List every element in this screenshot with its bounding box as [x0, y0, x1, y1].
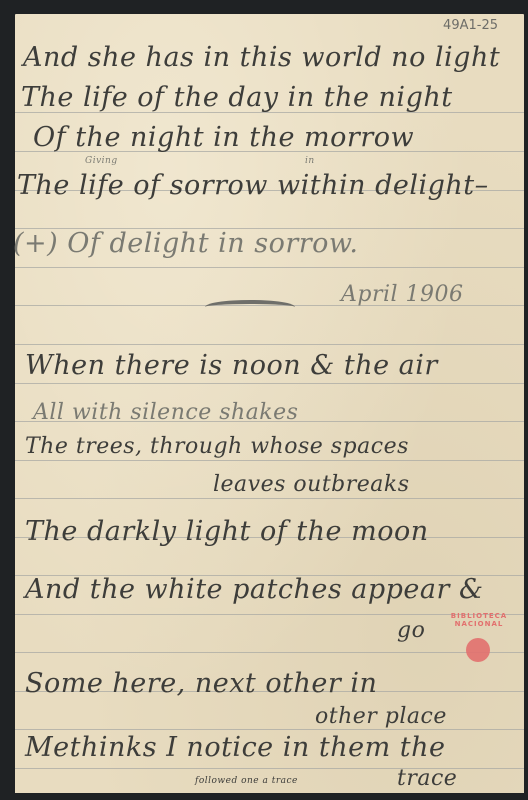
- insertion-above: in: [305, 156, 315, 166]
- stamp-text: BIBLIOTECA NACIONAL: [446, 612, 512, 628]
- verse-line: go: [397, 618, 425, 643]
- scan-border: [15, 793, 524, 800]
- manuscript-page: 49A1-25 And she has in this world no lig…: [15, 14, 524, 794]
- ruled-line: [15, 344, 524, 345]
- ruled-line: [15, 729, 524, 730]
- ruled-line: [15, 383, 524, 384]
- verse-line: The life of the day in the night: [21, 82, 453, 113]
- verse-line: The trees, through whose spaces: [25, 434, 409, 459]
- verse-line: trace: [397, 766, 457, 791]
- ruled-line: [15, 267, 524, 268]
- ruled-line: [15, 498, 524, 499]
- verse-line: All with silence shakes: [33, 400, 298, 425]
- date-note: April 1906: [341, 282, 464, 307]
- verse-line: Of the night in the morrow: [33, 122, 414, 153]
- verse-line: Some here, next other in: [25, 668, 377, 699]
- ruled-line: [15, 460, 524, 461]
- verse-line: The life of sorrow within delight–: [17, 170, 489, 201]
- insertion-above: other place: [315, 704, 447, 729]
- verse-line: When there is noon & the air: [25, 350, 438, 381]
- insertion-above: Giving: [85, 156, 118, 166]
- marginal-insertion: followed one a trace: [195, 776, 298, 786]
- stamp-seal-icon: [466, 638, 490, 662]
- verse-line: leaves outbreaks: [213, 472, 410, 497]
- verse-line: And she has in this world no light: [23, 42, 500, 73]
- verse-line: Methinks I notice in them the: [25, 732, 445, 763]
- verse-line: (+) Of delight in sorrow.: [13, 228, 358, 259]
- shelfmark: 49A1-25: [443, 18, 498, 33]
- verse-line: And the white patches appear &: [25, 574, 484, 605]
- verse-line: The darkly light of the moon: [25, 516, 429, 547]
- library-stamp: BIBLIOTECA NACIONAL: [446, 612, 512, 670]
- section-divider: [205, 300, 295, 314]
